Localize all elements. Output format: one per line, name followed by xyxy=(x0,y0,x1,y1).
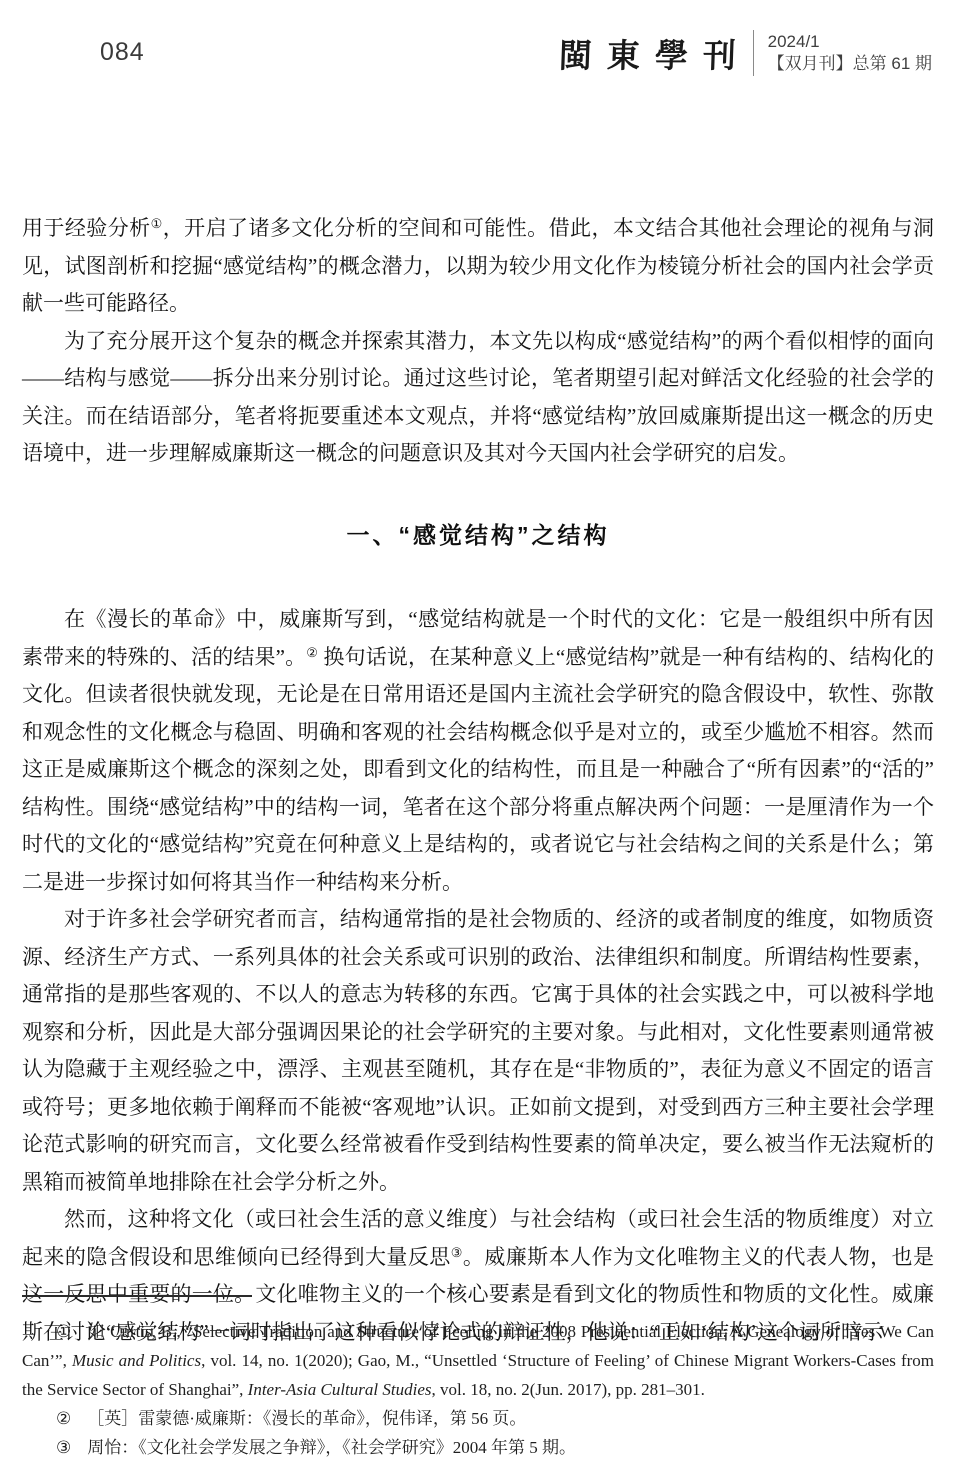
footnote-divider xyxy=(22,1295,252,1297)
footnote-marker: ③ xyxy=(56,1438,71,1457)
footnote-item: ③周怡：《文化社会学发展之争辩》，《社会学研究》2004 年第 5 期。 xyxy=(22,1433,934,1462)
text-segment: , vol. 18, no. 2(Jun. 2017), pp. 281–301… xyxy=(431,1380,704,1399)
footnote-item: ①如 Curtis, B., “Selective Tradition and … xyxy=(22,1317,934,1404)
issue-info: 2024/1 【双月刊】总第 61 期 xyxy=(768,31,932,76)
footnote-ref: ③ xyxy=(451,1245,463,1260)
text-segment: 为了充分展开这个复杂的概念并探索其潜力，本文先以构成“感觉结构”的两个看似相悖的… xyxy=(22,329,934,466)
text-segment: ［英］雷蒙德·威廉斯：《漫长的革命》，倪伟译，第 56 页。 xyxy=(87,1409,526,1428)
section-heading: 一、“感觉结构”之结构 xyxy=(22,517,934,555)
running-head: 084 閩東學刊 2024/1 【双月刊】总第 61 期 xyxy=(0,0,958,76)
paragraph-continuation: 用于经验分析①，开启了诸多文化分析的空间和可能性。借此，本文结合其他社会理论的视… xyxy=(22,210,934,323)
footnote-ref: ① xyxy=(151,216,163,231)
paragraph: 对于许多社会学研究者而言，结构通常指的是社会物质的、经济的或者制度的维度，如物质… xyxy=(22,901,934,1201)
footnote-marker: ② xyxy=(56,1409,71,1428)
footnote-list: ①如 Curtis, B., “Selective Tradition and … xyxy=(22,1317,934,1462)
italic-title: Inter-Asia Cultural Studies xyxy=(248,1380,432,1399)
footnote-marker: ① xyxy=(56,1322,72,1341)
masthead-divider xyxy=(753,30,754,76)
issue-volume: 2024/1 xyxy=(768,31,932,53)
italic-title: Music and Politics xyxy=(72,1351,201,1370)
paragraph: 为了充分展开这个复杂的概念并探索其潜力，本文先以构成“感觉结构”的两个看似相悖的… xyxy=(22,323,934,473)
footnote-item: ②［英］雷蒙德·威廉斯：《漫长的革命》，倪伟译，第 56 页。 xyxy=(22,1404,934,1433)
journal-masthead: 閩東學刊 2024/1 【双月刊】总第 61 期 xyxy=(559,30,932,76)
issue-detail: 【双月刊】总第 61 期 xyxy=(768,53,932,75)
journal-page: 084 閩東學刊 2024/1 【双月刊】总第 61 期 用于经验分析①，开启了… xyxy=(0,0,958,1476)
text-segment: 周怡：《文化社会学发展之争辩》，《社会学研究》2004 年第 5 期。 xyxy=(87,1438,576,1457)
article-body: 用于经验分析①，开启了诸多文化分析的空间和可能性。借此，本文结合其他社会理论的视… xyxy=(0,210,958,1351)
page-number: 084 xyxy=(100,38,145,67)
text-segment: 对于许多社会学研究者而言，结构通常指的是社会物质的、经济的或者制度的维度，如物质… xyxy=(22,907,934,1194)
footnotes-section: ①如 Curtis, B., “Selective Tradition and … xyxy=(22,1295,934,1462)
journal-logo: 閩東學刊 xyxy=(558,35,751,72)
footnote-ref: ② xyxy=(306,645,318,660)
paragraph: 在《漫长的革命》中，威廉斯写到，“感觉结构就是一个时代的文化：它是一般组织中所有… xyxy=(22,601,934,901)
text-segment: 用于经验分析 xyxy=(22,216,151,240)
text-segment: 换句话说，在某种意义上“感觉结构”就是一种有结构的、结构化的文化。但读者很快就发… xyxy=(22,645,934,894)
